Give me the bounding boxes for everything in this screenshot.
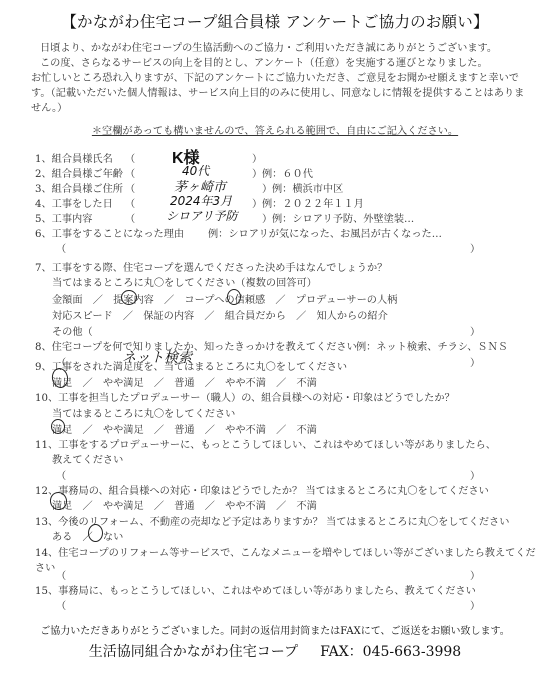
- q2-close: ）: [252, 165, 262, 180]
- q2-label: 2、組合員様ご年齢: [35, 165, 123, 180]
- q15-close: ）: [470, 597, 480, 612]
- q3-label: 3、組合員様ご住所: [35, 180, 123, 195]
- intro-line-5: せん。）: [31, 102, 67, 117]
- selection-circle-q13: [88, 524, 103, 542]
- q6-example: 例：シロアリが気になった、お風呂が古くなった…: [208, 225, 442, 240]
- q6-close: ）: [470, 240, 480, 255]
- intro-line-3: お忙しいところ恐れ入りますが、下記のアンケートにご協力いただき、ご意見をお聞かせ…: [31, 72, 519, 87]
- q4-example: 例：２０２２年１１月: [262, 195, 364, 210]
- selection-circle-trust: [227, 289, 241, 305]
- q1-open: （: [125, 150, 135, 165]
- q9-options[interactable]: 満足 ／ やや満足 ／ 普通 ／ やや不満 ／ 不満: [52, 374, 317, 389]
- q15-label: 15、事務局に、もっとこうしてほしい、これはやめてほしい等がありましたら、教えて…: [35, 582, 476, 597]
- q10-label: 10、工事を担当したプロデューサー（職人）の、組合員様への対応・印象はどうでした…: [35, 389, 455, 404]
- intro-line-2: この度、さらなるサービスの向上を目的とし、アンケート（任意）を実施する運びとなり…: [40, 57, 488, 72]
- q6-open: （: [56, 240, 66, 255]
- q2-example: 例：６０代: [262, 165, 313, 180]
- q7-instruction: 当てはまるところに丸〇をしてください（複数の回答可）: [52, 274, 317, 289]
- fax-number: FAX：045-663-3998: [320, 644, 461, 660]
- q8-close: ）: [470, 354, 480, 369]
- q5-answer[interactable]: シロアリ予防: [166, 207, 238, 224]
- selection-circle-q10: [51, 419, 65, 434]
- footer-thanks: ご協力いただきありがとうございました。同封の返信用封筒またはFAXにて、ご返送を…: [0, 622, 550, 637]
- q5-label: 5、工事内容: [35, 210, 92, 225]
- q7-close: ）: [470, 323, 480, 338]
- q9-label: 9、工事をされた満足度を、当てはまるところに丸〇をしてください: [35, 358, 347, 373]
- q4-close: ）: [252, 195, 262, 210]
- q3-open: （: [125, 180, 135, 195]
- q14-close: ）: [470, 567, 480, 582]
- q4-label: 4、工事をした日: [35, 195, 113, 210]
- q6-label: 6、工事をすることになった理由: [35, 225, 184, 240]
- q1-close: ）: [252, 150, 262, 165]
- q5-close: ）: [262, 210, 272, 225]
- q7-options-row1[interactable]: 金額面 ／ 提案内容 ／ コープへの信頼感 ／ プロデューサーの人柄: [52, 291, 397, 306]
- q11-open: （: [56, 467, 66, 482]
- q5-open: （: [125, 210, 135, 225]
- q12-options[interactable]: 満足 ／ やや満足 ／ 普通 ／ やや不満 ／ 不満: [52, 497, 317, 512]
- q4-open: （: [125, 195, 135, 210]
- q14-label-2: さい: [35, 559, 55, 574]
- q11-close: ）: [470, 467, 480, 482]
- q10-instruction: 当てはまるところに丸〇をしてください: [52, 405, 235, 420]
- q5-example: 例：シロアリ予防、外壁塗装…: [272, 210, 414, 225]
- q13-label: 13、今後のリフォーム、不動産の売却など予定はありますか？ 当てはまるところに丸…: [35, 513, 509, 528]
- footer-org: 生活協同組合かながわ住宅コープFAX：045-663-3998: [0, 641, 550, 661]
- q10-options[interactable]: 満足 ／ やや満足 ／ 普通 ／ やや不満 ／ 不満: [52, 421, 317, 436]
- q12-label: 12、事務局の、組合員様への対応・印象はどうでしたか？ 当てはまるところに丸〇を…: [35, 482, 489, 497]
- q11-label: 11、工事をするプロデューサーに、もっとこうしてほしい、これはやめてほしい等があ…: [35, 436, 496, 451]
- notice: ＊空欄があっても構いませんので、答えられる範囲で、自由にご記入ください。: [0, 122, 550, 137]
- q8-example: 例：ネット検索、チラシ、ＳＮＳ: [356, 338, 508, 353]
- q7-label: 7、工事をする際、住宅コープを選んでくださった決め手はなんでしょうか？: [35, 259, 387, 274]
- selection-circle-proposal: [121, 290, 137, 305]
- q3-close: ）: [262, 180, 272, 195]
- page-title: 【かながわ住宅コープ組合員様 アンケートご協力のお願い】: [0, 10, 550, 32]
- q2-open: （: [125, 165, 135, 180]
- q7-options-row2[interactable]: 対応スピード ／ 保証の内容 ／ 組合員だから ／ 知人からの紹介: [52, 307, 388, 322]
- q7-other: その他（: [52, 323, 93, 338]
- q14-open: （: [56, 567, 66, 582]
- q11-label-2: 教えてください: [52, 451, 123, 466]
- q1-label: 1、組合員様氏名: [35, 150, 113, 165]
- q8-label: 8、住宅コープを何で知りましたか、知ったきっかけを教えてください: [35, 338, 357, 353]
- org-name: 生活協同組合かながわ住宅コープ: [89, 644, 298, 660]
- q14-label: 14、住宅コープのリフォーム等サービスで、こんなメニューを増やしてほしい等がござ…: [35, 544, 536, 559]
- intro-line-1: 日頃より、かながわ住宅コープの生協活動へのご協力・ご利用いただき誠にありがとうご…: [40, 42, 497, 57]
- q15-open: （: [56, 597, 66, 612]
- q3-example: 例：横浜市中区: [272, 180, 343, 195]
- intro-line-4: す。（記載いただいた個人情報は、サービス向上目的のみに使用し、同意なしに情報を提…: [31, 87, 524, 102]
